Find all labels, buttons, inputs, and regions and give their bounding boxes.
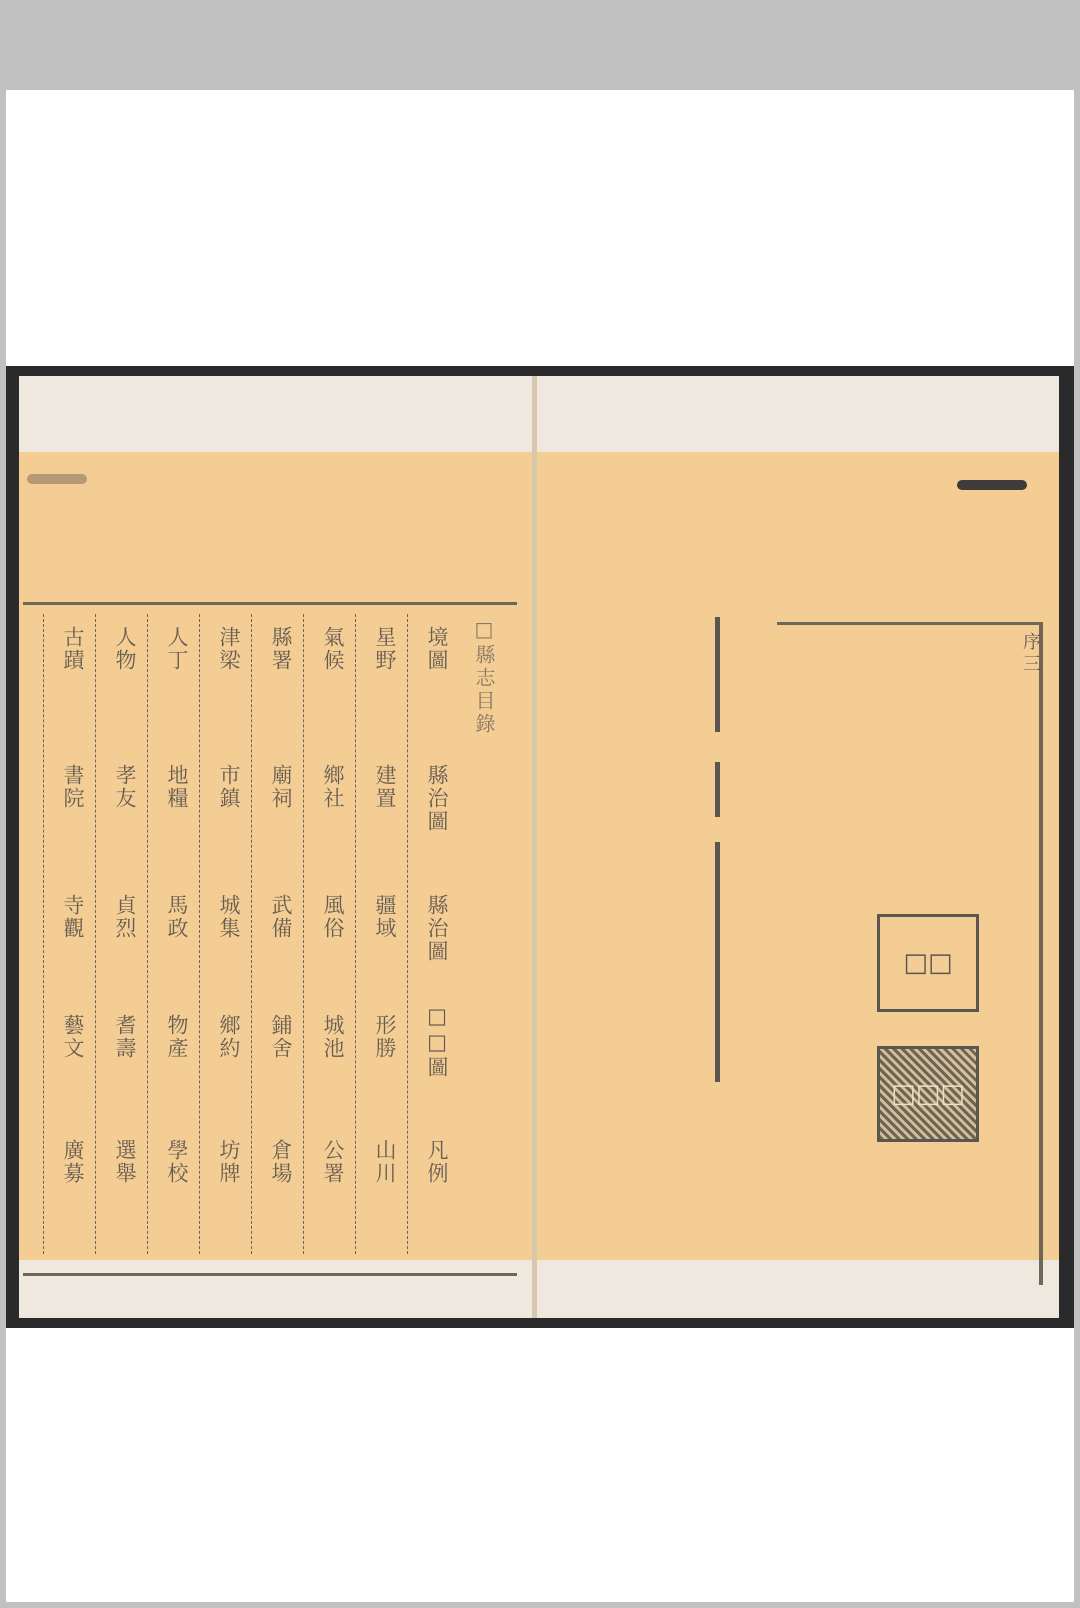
- toc-entry: 疆域: [362, 894, 400, 940]
- left-page: □縣志目錄 境圖 縣治圖 縣治圖 □□圖 凡例 星野 建置 疆域 形勝 山川 氣…: [19, 376, 533, 1318]
- toc-entry: 學校: [154, 1139, 192, 1185]
- toc-entry: 星野: [362, 626, 400, 672]
- toc-entry: 耆壽: [102, 1014, 140, 1060]
- toc-entry: 鋪舍: [258, 1014, 296, 1060]
- toc-entry: 書院: [50, 764, 88, 810]
- toc-entry: □□圖: [414, 1004, 452, 1079]
- image-viewer: □縣志目錄 境圖 縣治圖 縣治圖 □□圖 凡例 星野 建置 疆域 形勝 山川 氣…: [6, 90, 1074, 1602]
- toc-entry: 城池: [310, 1014, 348, 1060]
- toc-entry: 貞烈: [102, 894, 140, 940]
- toc-column-6: 人丁 地糧 馬政 物產 學校: [147, 614, 198, 1254]
- margin-label: 序三: [1017, 632, 1043, 676]
- collector-seal-2: □□□: [877, 1046, 979, 1142]
- toc-entry: 凡例: [414, 1139, 452, 1185]
- toc-entry: 寺觀: [50, 894, 88, 940]
- toc-entry: 山川: [362, 1139, 400, 1185]
- book-scan: □縣志目錄 境圖 縣治圖 縣治圖 □□圖 凡例 星野 建置 疆域 形勝 山川 氣…: [6, 366, 1074, 1328]
- toc-column-3: 氣候 鄉社 風俗 城池 公署: [303, 614, 354, 1254]
- toc-entry: 形勝: [362, 1014, 400, 1060]
- toc-entry: 縣治圖: [414, 894, 452, 963]
- left-leaf: □縣志目錄 境圖 縣治圖 縣治圖 □□圖 凡例 星野 建置 疆域 形勝 山川 氣…: [19, 452, 533, 1260]
- toc-column-1: 境圖 縣治圖 縣治圖 □□圖 凡例: [407, 614, 458, 1254]
- toc-entry: 武備: [258, 894, 296, 940]
- toc-entry: 廣募: [50, 1139, 88, 1185]
- toc-entry: 市鎮: [206, 764, 244, 810]
- toc-entry: 古蹟: [50, 626, 88, 672]
- toc-entry: 選舉: [102, 1139, 140, 1185]
- toc-entry: 城集: [206, 894, 244, 940]
- toc-entry: 倉場: [258, 1139, 296, 1185]
- toc-title: □縣志目錄: [459, 617, 499, 736]
- toc-column-4: 縣署 廟祠 武備 鋪舍 倉場: [251, 614, 302, 1254]
- ink-stroke: [715, 762, 720, 817]
- toc-entry: 人物: [102, 626, 140, 672]
- toc-entry: 公署: [310, 1139, 348, 1185]
- toc-entry: 鄉社: [310, 764, 348, 810]
- toc-entry: 建置: [362, 764, 400, 810]
- right-leaf: 序三 □□ □□□: [537, 452, 1059, 1260]
- toc-column-5: 津梁 市鎮 城集 鄉約 坊牌: [199, 614, 250, 1254]
- toc-entry: 風俗: [310, 894, 348, 940]
- toc-entry: 孝友: [102, 764, 140, 810]
- toc-entry: 縣治圖: [414, 764, 452, 833]
- toc-column-2: 星野 建置 疆域 形勝 山川: [355, 614, 406, 1254]
- toc-entry: 津梁: [206, 626, 244, 672]
- toc-entry: 境圖: [414, 626, 452, 672]
- toc-entry: 藝文: [50, 1014, 88, 1060]
- ink-stroke: [715, 842, 720, 1082]
- toc-entry: 縣署: [258, 626, 296, 672]
- right-page: 序三 □□ □□□: [537, 376, 1059, 1318]
- ink-smudge: [957, 480, 1027, 490]
- toc-entry: 氣候: [310, 626, 348, 672]
- toc-column-7: 人物 孝友 貞烈 耆壽 選舉: [95, 614, 146, 1254]
- toc-entry: 坊牌: [206, 1139, 244, 1185]
- ink-smudge: [27, 474, 87, 484]
- collector-seal-1: □□: [877, 914, 979, 1012]
- toc-column-8: 古蹟 書院 寺觀 藝文 廣募: [43, 614, 94, 1254]
- toc-entry: 馬政: [154, 894, 192, 940]
- toc-entry: 廟祠: [258, 764, 296, 810]
- toc-entry: 鄉約: [206, 1014, 244, 1060]
- toc-entry: 地糧: [154, 764, 192, 810]
- toc-entry: 人丁: [154, 626, 192, 672]
- toc-entry: 物產: [154, 1014, 192, 1060]
- ink-stroke: [715, 617, 720, 732]
